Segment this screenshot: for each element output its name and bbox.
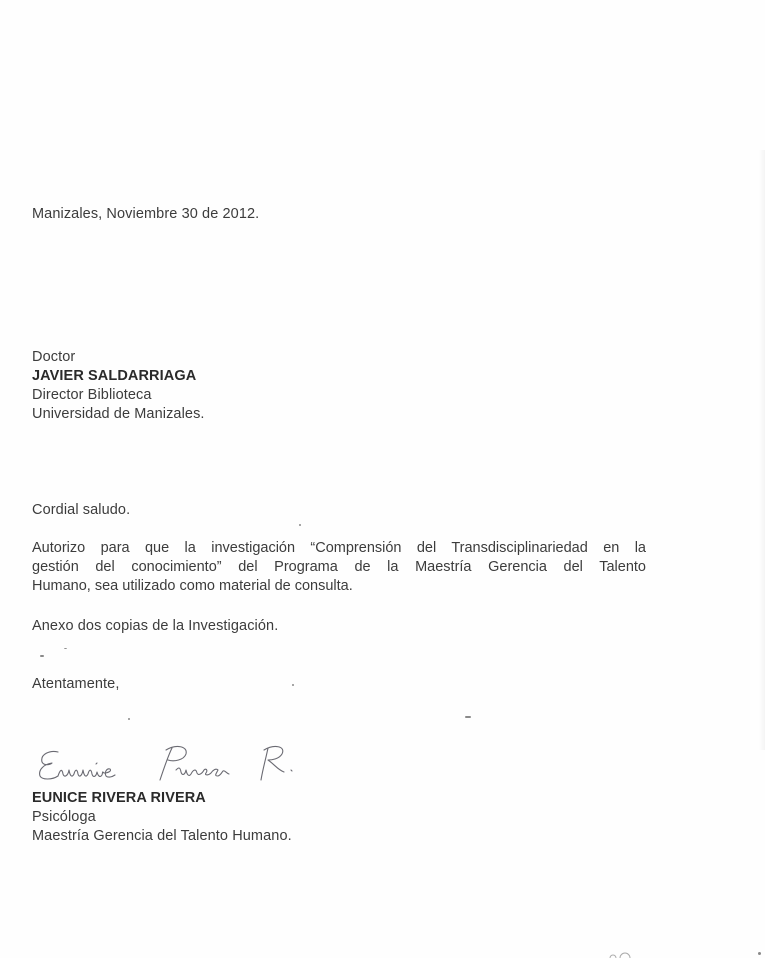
scan-speck (465, 716, 471, 718)
scan-speck (292, 684, 294, 686)
scan-mark-icon (605, 948, 635, 958)
scan-edge-shadow (759, 150, 765, 750)
recipient-title: Doctor (32, 348, 75, 367)
scan-speck (64, 648, 67, 649)
closing: Atentamente, (32, 675, 119, 694)
recipient-position: Director Biblioteca (32, 386, 152, 405)
body-paragraph: Autorizo para que la investigación “Comp… (32, 539, 646, 596)
recipient-name: JAVIER SALDARRIAGA (32, 367, 196, 386)
recipient-institution: Universidad de Manizales. (32, 405, 205, 424)
place-date: Manizales, Noviembre 30 de 2012. (32, 205, 259, 224)
letter-page: Manizales, Noviembre 30 de 2012. Doctor … (0, 0, 765, 958)
signer-program: Maestría Gerencia del Talento Humano. (32, 827, 292, 846)
body-line: Autorizo para que la investigación “Comp… (32, 539, 646, 558)
handwritten-signature-icon (36, 740, 296, 788)
body-line: Humano, sea utilizado como material de c… (32, 577, 646, 596)
signer-role: Psicóloga (32, 808, 96, 827)
scan-speck (40, 655, 44, 657)
scan-speck (299, 524, 301, 526)
scan-speck (758, 952, 761, 955)
scan-speck (128, 718, 130, 720)
annex-note: Anexo dos copias de la Investigación. (32, 617, 278, 636)
greeting: Cordial saludo. (32, 501, 130, 520)
body-line: gestión del conocimiento” del Programa d… (32, 558, 646, 577)
signer-name: EUNICE RIVERA RIVERA (32, 789, 206, 808)
